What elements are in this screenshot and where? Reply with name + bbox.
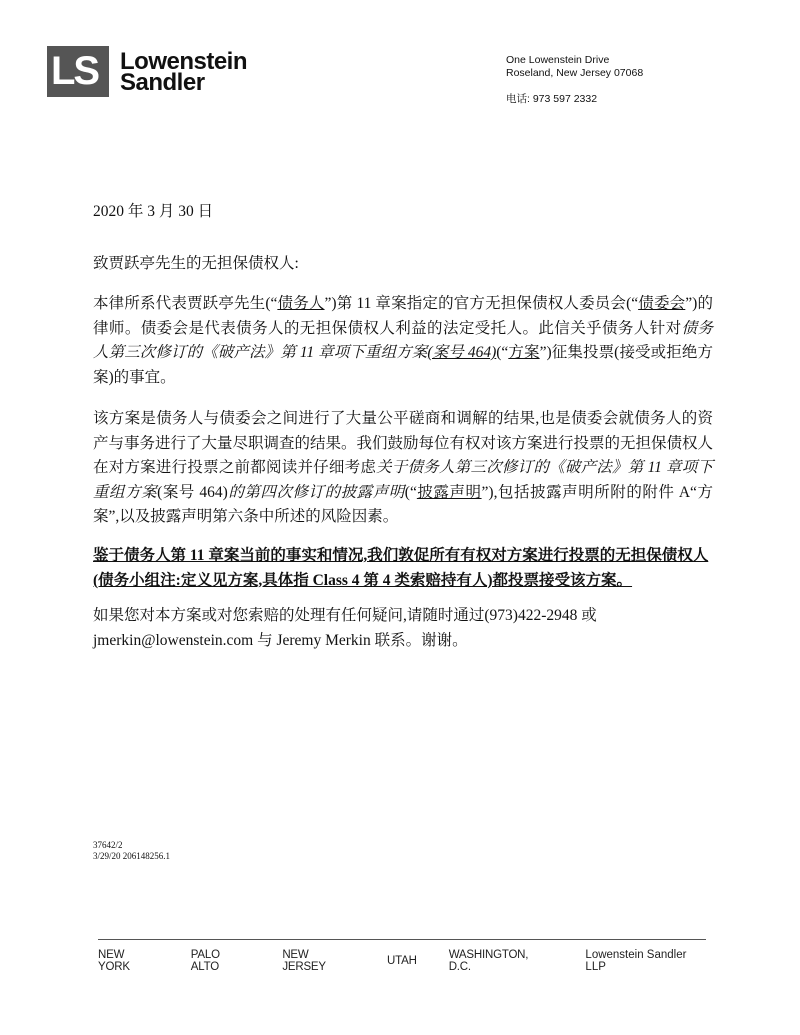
- phone-line: 电话: 973 597 2332: [506, 93, 643, 106]
- text: 如果您对本方案或对您索赔的处理有任何疑问,请随时通过(973)422-2948 …: [93, 607, 597, 624]
- text: 与 Jeremy Merkin 联系。谢谢。: [253, 632, 467, 649]
- contact-email[interactable]: jmerkin@lowenstein.com: [93, 632, 253, 649]
- footer: NEW YORK PALO ALTO NEW JERSEY UTAH WASHI…: [98, 949, 710, 973]
- defined-term-committee: 债委会: [638, 295, 685, 312]
- logo-wordmark: Lowenstein Sandler: [120, 51, 247, 93]
- office-location: NEW JERSEY: [282, 949, 355, 973]
- defined-term-disclosure: 披露声明: [417, 484, 482, 501]
- text: ”)第 11 章案指定的官方无担保债权人委员会(“: [325, 295, 639, 312]
- logo-mark-text: LS: [51, 49, 98, 93]
- salutation: 致贾跃亭先生的无担保债权人:: [93, 252, 713, 277]
- defined-term-debtor: 债务人: [277, 295, 324, 312]
- letter-page: LS Lowenstein Sandler One Lowenstein Dri…: [0, 0, 800, 1035]
- firm-logo: LS Lowenstein Sandler: [47, 46, 247, 97]
- firm-address: One Lowenstein Drive Roseland, New Jerse…: [506, 54, 643, 106]
- office-location: WASHINGTON, D.C.: [449, 949, 554, 973]
- phone-label: 电话:: [506, 93, 530, 105]
- footer-divider: [98, 939, 706, 940]
- disclosure-title-suffix: 的第四次修订的披露声明: [228, 484, 405, 501]
- office-location: NEW YORK: [98, 949, 159, 973]
- disclosure-case-number: (案号 464): [157, 484, 228, 501]
- defined-term-plan: 方案: [508, 344, 539, 361]
- paragraph-plan-background: 该方案是债务人与债委会之间进行了大量公平磋商和调解的结果,也是债委会就债务人的资…: [93, 407, 713, 530]
- address-line-1: One Lowenstein Drive: [506, 54, 643, 67]
- doc-id-line-2: 3/29/20 206148256.1: [93, 851, 170, 862]
- logo-line-2: Sandler: [120, 72, 247, 93]
- document-id: 37642/2 3/29/20 206148256.1: [93, 840, 170, 862]
- phone-number: 973 597 2332: [533, 93, 597, 105]
- plan-case-number: (案号 464): [427, 344, 496, 361]
- text: 本律所系代表贾跃亭先生(“: [93, 295, 277, 312]
- office-location: UTAH: [387, 955, 417, 967]
- logo-mark: LS: [47, 46, 109, 97]
- footer-firm-name: Lowenstein Sandler LLP: [585, 949, 710, 973]
- office-location: PALO ALTO: [191, 949, 251, 973]
- letter-date: 2020 年 3 月 30 日: [93, 200, 713, 225]
- doc-id-line-1: 37642/2: [93, 840, 170, 851]
- paragraph-recommendation: 鉴于债务人第 11 章案当前的事实和情况,我们敦促所有有权对方案进行投票的无担保…: [93, 544, 713, 593]
- paragraph-intro: 本律所系代表贾跃亭先生(“债务人”)第 11 章案指定的官方无担保债权人委员会(…: [93, 292, 713, 390]
- paragraph-contact: 如果您对本方案或对您索赔的处理有任何疑问,请随时通过(973)422-2948 …: [93, 604, 713, 653]
- address-line-2: Roseland, New Jersey 07068: [506, 67, 643, 80]
- text: (“: [496, 344, 508, 361]
- text: (“: [405, 484, 417, 501]
